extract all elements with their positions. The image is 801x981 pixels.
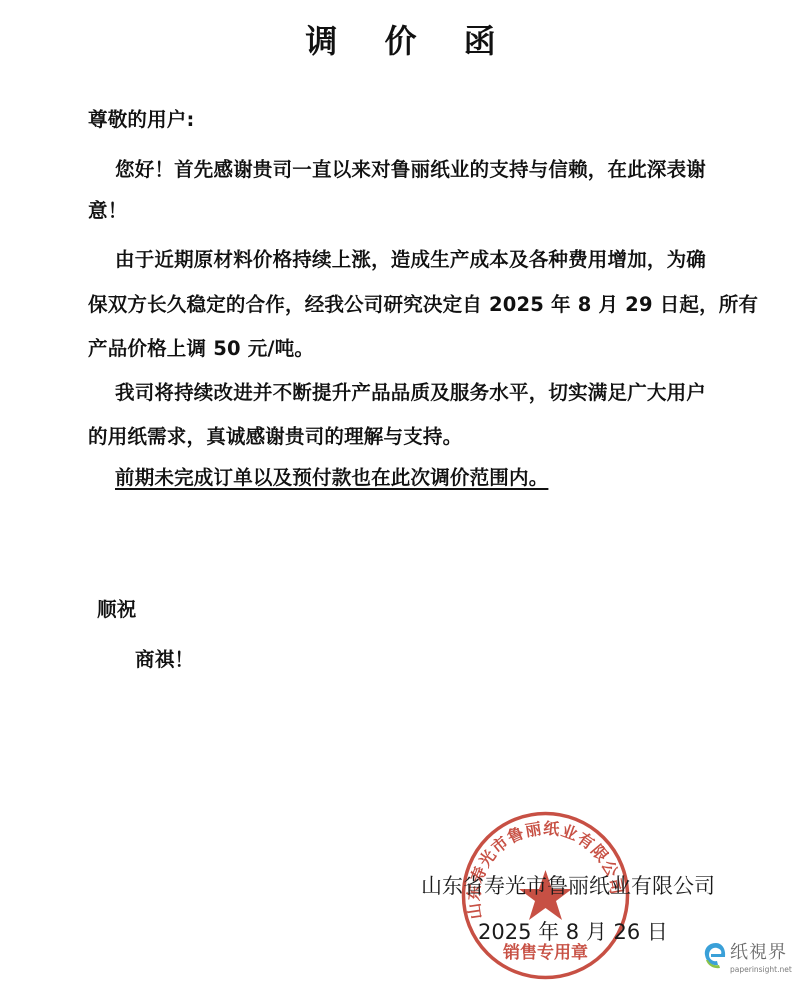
paperinsight-logo-icon	[702, 940, 730, 970]
closing-wishes: 商祺！	[135, 648, 194, 672]
closing-regards: 顺祝	[97, 598, 136, 622]
paragraph-3-line-1: 我司将持续改进并不断提升产品品质及服务水平，切实满足广大用户	[115, 381, 706, 405]
paragraph-3-line-2: 的用纸需求，真诚感谢贵司的理解与支持。	[88, 425, 462, 449]
signature-date: 2025 年 8 月 26 日	[478, 916, 668, 946]
paragraph-2-line-1: 由于近期原材料价格持续上涨，造成生产成本及各种费用增加，为确	[115, 248, 706, 272]
paragraph-2-line-3: 产品价格上调 50 元/吨。	[88, 337, 314, 361]
document-title: 调 价 函	[0, 16, 801, 62]
paragraph-2-line-2: 保双方长久稳定的合作，经我公司研究决定自 2025 年 8 月 29 日起，所有	[88, 293, 758, 317]
signature-company: 山东省寿光市鲁丽纸业有限公司	[421, 870, 715, 900]
paragraph-1-line-1: 您好！首先感谢贵司一直以来对鲁丽纸业的支持与信赖，在此深表谢	[115, 158, 706, 182]
watermark: 纸視界 paperinsight.net	[700, 936, 801, 981]
watermark-brand: 纸視界	[730, 938, 787, 964]
paragraph-1-line-2: 意！	[88, 199, 127, 223]
watermark-url: paperinsight.net	[730, 965, 792, 974]
salutation: 尊敬的用户:	[88, 108, 195, 132]
underlined-note: 前期未完成订单以及预付款也在此次调价范围内。	[115, 466, 548, 490]
